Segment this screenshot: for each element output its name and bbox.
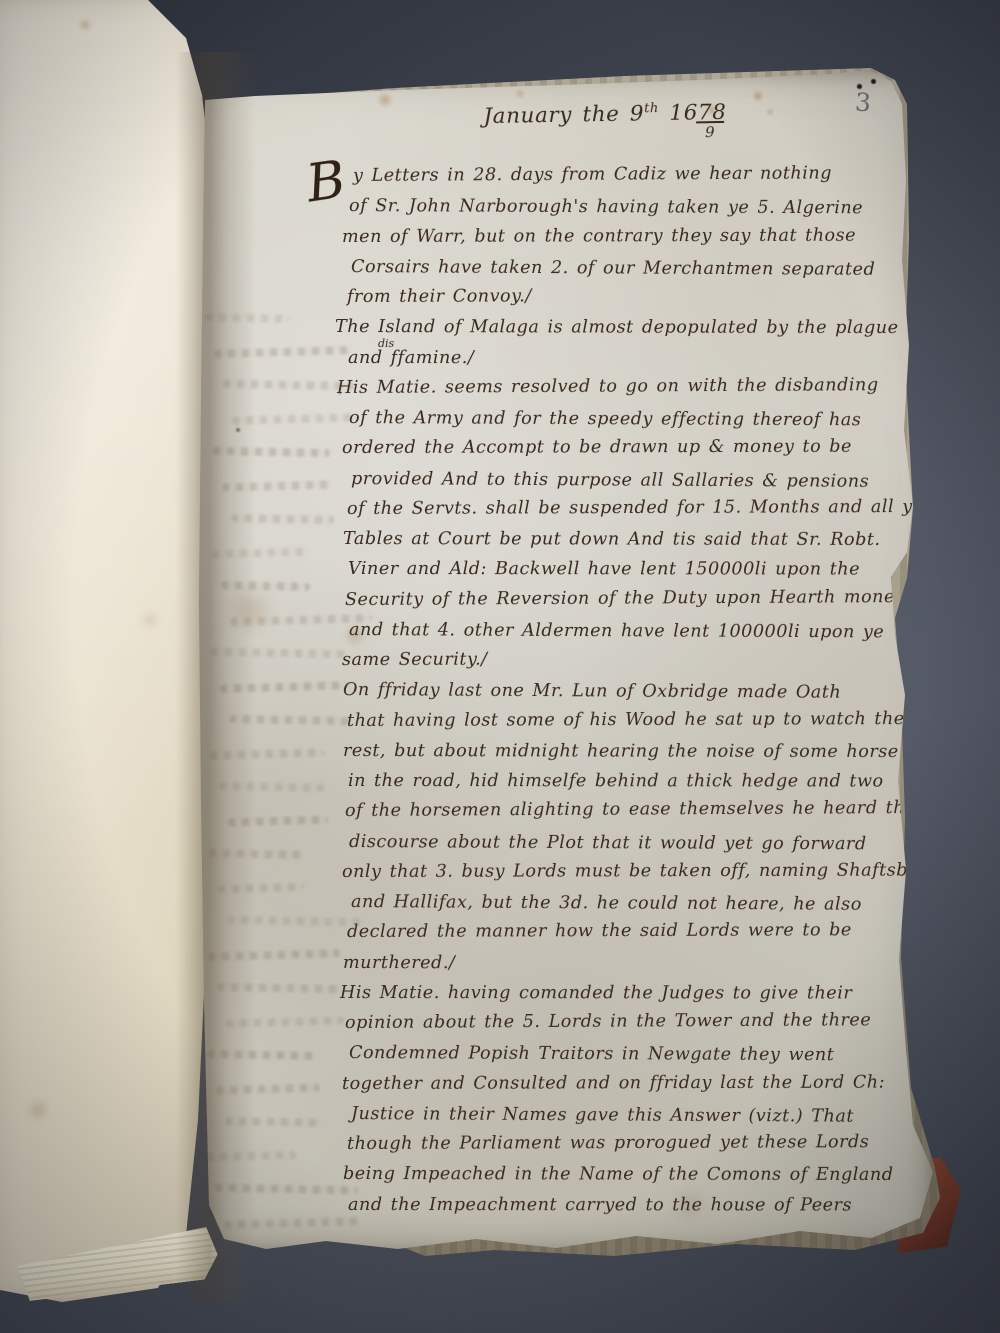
manuscript-line: men of Warr, but on the contrary they sa… <box>342 225 917 257</box>
show-through-line <box>224 1217 360 1229</box>
ink-dot <box>871 79 876 84</box>
manuscript-line-text: Tables at Court be put down And tis said… <box>343 529 881 550</box>
manuscript-line: His Matie. seems resolved to go on with … <box>337 375 920 408</box>
manuscript-line-text: and the Impeachment carryed to the house… <box>348 1195 852 1215</box>
manuscript-line-text: Justice in their Names gave this Answer … <box>351 1104 854 1127</box>
paper-stain <box>377 92 393 108</box>
manuscript-line: Tables at Court be put down And tis said… <box>343 529 918 560</box>
paper-stain <box>26 1098 50 1122</box>
manuscript-line: rest, but about midnight hearing the noi… <box>343 741 918 772</box>
heading-year: 1678 9 <box>669 100 727 126</box>
show-through-line <box>213 447 330 457</box>
manuscript-line-text: and Hallifax, but the 3d. he could not h… <box>351 892 862 915</box>
manuscript-line-text: ordered the Accompt to be drawn up & mon… <box>342 437 852 458</box>
show-through-line <box>228 815 328 826</box>
manuscript-line-text: y Letters in 28. days from Cadiz we hear… <box>353 163 832 186</box>
manuscript-line-text: that having lost some of his Wood he sat… <box>347 709 905 731</box>
show-through-line <box>231 514 334 524</box>
paper-stain <box>78 18 92 32</box>
manuscript-line-text: being Impeached in the Name of the Comon… <box>343 1164 894 1185</box>
left-blank-page <box>0 0 222 1312</box>
show-through-line <box>225 1117 322 1127</box>
manuscript-line: ordered the Accompt to be drawn up & mon… <box>342 437 917 469</box>
manuscript-line: that having lost some of his Wood he sat… <box>347 708 922 740</box>
manuscript-line: of Sr. John Narborough's having taken ye… <box>349 196 924 229</box>
manuscript-line: from their Convoy./ <box>347 285 922 317</box>
manuscript-line: though the Parliament was prorogued yet … <box>347 1132 922 1164</box>
show-through-line <box>232 413 356 424</box>
manuscript-line: discourse about the Plot that it would y… <box>349 832 924 865</box>
manuscript-line-text: of Sr. John Narborough's having taken ye… <box>349 196 863 218</box>
manuscript-line-text: Viner and Ald: Backwell have lent 150000… <box>348 559 860 579</box>
folio-number: 3 <box>842 87 884 119</box>
manuscript-line-text: Condemned Popish Traitors in Newgate the… <box>349 1043 834 1065</box>
manuscript-line: only that 3. busy Lords must be taken of… <box>342 860 917 892</box>
show-through-line <box>206 1150 296 1161</box>
manuscript-line-text: of the Servts. shall be suspended for 15… <box>347 497 924 519</box>
show-through-line <box>210 748 324 759</box>
manuscript-line-text: provided And to this purpose all Sallari… <box>351 469 869 492</box>
show-through-line <box>226 1016 344 1027</box>
manuscript-line-text: of the Army and for the speedy effecting… <box>349 408 861 430</box>
manuscript-line: The Island of Malaga is almost depopulat… <box>335 317 918 348</box>
manuscript-line-text: in the road, hid himselfe behind a thick… <box>348 771 884 791</box>
paper-stain <box>224 584 276 636</box>
manuscript-line: murthered./ <box>343 952 918 983</box>
show-through-line <box>215 1184 358 1195</box>
manuscript-line-text: discourse about the Plot that it would y… <box>349 832 867 854</box>
show-through-line <box>221 581 310 591</box>
manuscript-line: and the Impeachment carryed to the house… <box>348 1195 923 1226</box>
manuscript-line-text: of the horsemen alighting to ease themse… <box>345 798 933 821</box>
show-through-line <box>207 1050 318 1060</box>
drop-cap-letter: B <box>303 154 349 211</box>
manuscript-line: and that 4. other Aldermen have lent 100… <box>349 620 924 653</box>
heading-year-new-style: 9 <box>696 121 725 141</box>
manuscript-line: disand ffamine./ <box>348 348 923 379</box>
photo-backdrop: 3 January the 9th 1678 9 By Letters in 2… <box>0 0 1000 1333</box>
manuscript-line-text: On ffriday last one Mr. Lun of Oxbridge … <box>343 680 841 703</box>
show-through-line <box>205 313 290 323</box>
manuscript-line-text: together and Consulted and on ffriday la… <box>342 1072 885 1093</box>
show-through-line <box>223 380 354 391</box>
heading-ordinal-superscript: th <box>644 101 659 116</box>
paper-stain <box>235 427 241 433</box>
manuscript-line-text: opinion about the 5. Lords in the Tower … <box>345 1010 871 1033</box>
manuscript-line-text: though the Parliament was prorogued yet … <box>347 1132 869 1154</box>
manuscript-line-text: and that 4. other Aldermen have lent 100… <box>349 620 884 642</box>
manuscript-line: being Impeached in the Name of the Comon… <box>343 1164 918 1195</box>
manuscript-page: 3 January the 9th 1678 9 By Letters in 2… <box>195 64 940 1264</box>
show-through-line <box>220 681 348 693</box>
manuscript-line: in the road, hid himselfe behind a thick… <box>348 771 923 802</box>
manuscript-line: same Security./ <box>342 649 917 681</box>
show-through-line <box>217 983 342 993</box>
manuscript-line-text: His Matie. having comanded the Judges to… <box>340 983 852 1003</box>
paper-stain <box>140 610 160 630</box>
manuscript-line-text: The Island of Malaga is almost depopulat… <box>335 317 899 338</box>
manuscript-line: Viner and Ald: Backwell have lent 150000… <box>348 559 923 590</box>
manuscript-line-text: His Matie. seems resolved to go on with … <box>337 375 879 398</box>
manuscript-line-text: murthered./ <box>343 952 455 972</box>
manuscript-line-text: only that 3. busy Lords must be taken of… <box>342 860 939 882</box>
interlinear-insertion: dis <box>378 337 394 350</box>
manuscript-line-text: rest, but about midnight hearing the noi… <box>343 741 899 762</box>
manuscript-line: of the Servts. shall be suspended for 15… <box>347 497 922 529</box>
manuscript-line-text: and ffamine./ <box>348 348 474 368</box>
show-through-line <box>229 715 350 725</box>
heading-date-text: January the 9 <box>483 101 644 129</box>
manuscript-line-text: declared the manner how the said Lords w… <box>347 920 852 942</box>
show-through-line <box>216 1083 320 1094</box>
manuscript-line: Security of the Reversion of the Duty up… <box>345 586 920 619</box>
manuscript-line: Condemned Popish Traitors in Newgate the… <box>349 1043 924 1076</box>
show-through-line <box>214 346 352 358</box>
show-through-line <box>212 547 308 558</box>
show-through-line <box>209 849 302 859</box>
manuscript-line-text: same Security./ <box>342 650 488 670</box>
paper-stain <box>515 89 525 99</box>
manuscript-line: together and Consulted and on ffriday la… <box>342 1072 917 1104</box>
manuscript-line: By Letters in 28. days from Cadiz we hea… <box>337 163 920 196</box>
manuscript-line-text: Corsairs have taken 2. of our Merchantme… <box>351 257 875 280</box>
show-through-line <box>219 782 326 792</box>
show-through-line <box>211 648 346 659</box>
manuscript-line-text: Security of the Reversion of the Duty up… <box>345 587 905 610</box>
manuscript-line: opinion about the 5. Lords in the Tower … <box>345 1010 920 1043</box>
manuscript-line-text: men of Warr, but on the contrary they sa… <box>342 225 856 246</box>
manuscript-line: His Matie. having comanded the Judges to… <box>340 983 923 1014</box>
show-through-line <box>222 480 332 491</box>
text-block: By Letters in 28. days from Cadiz we hea… <box>345 166 920 1225</box>
show-through-line <box>218 882 304 892</box>
show-through-line <box>208 949 340 961</box>
manuscript-line: of the horsemen alighting to ease themse… <box>345 798 920 831</box>
manuscript-line-text: from their Convoy./ <box>347 286 532 307</box>
manuscript-line: declared the manner how the said Lords w… <box>347 920 922 952</box>
page-heading: January the 9th 1678 9 <box>435 99 775 130</box>
